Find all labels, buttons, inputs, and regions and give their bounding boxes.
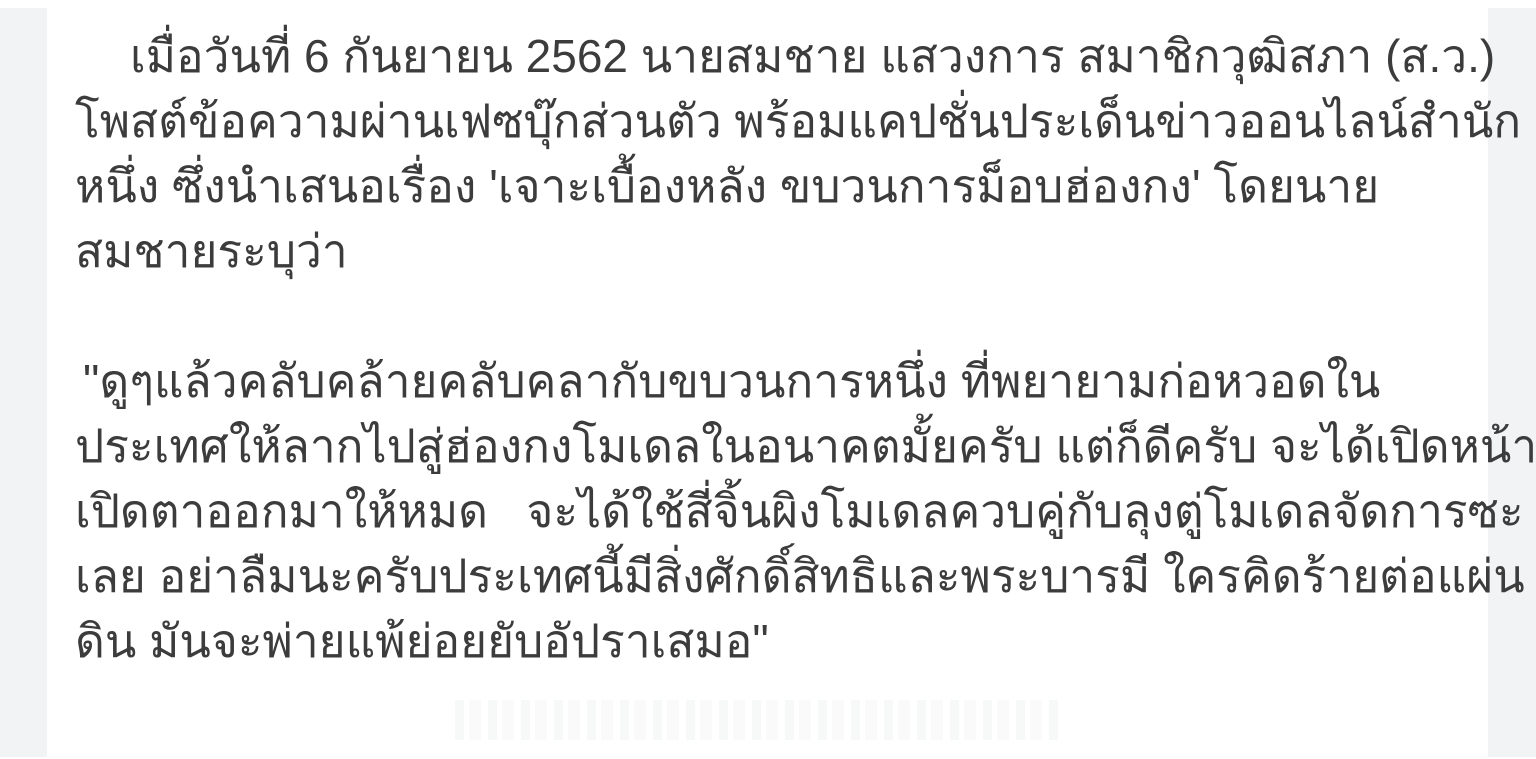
- text-line: ดิน มันจะพ่ายแพ้ย่อยยับอัปราเสมอ": [75, 609, 1465, 674]
- paragraph-intro: เมื่อวันที่ 6 กันยายน 2562 นายสมชาย แสวง…: [75, 24, 1465, 284]
- article-body: เมื่อวันที่ 6 กันยายน 2562 นายสมชาย แสวง…: [75, 24, 1465, 674]
- text-line: หนึ่ง ซึ่งนำเสนอเรื่อง 'เจาะเบื้องหลัง ข…: [75, 154, 1465, 219]
- text-line: โพสต์ข้อความผ่านเฟซบุ๊กส่วนตัว พร้อมแคปช…: [75, 89, 1465, 154]
- text-line: เมื่อวันที่ 6 กันยายน 2562 นายสมชาย แสวง…: [75, 24, 1465, 89]
- article-page: เมื่อวันที่ 6 กันยายน 2562 นายสมชาย แสวง…: [0, 0, 1536, 759]
- text-line: "ดูๆแล้วคลับคล้ายคลับคลากับขบวนการหนึ่ง …: [75, 349, 1465, 414]
- left-page-gutter: [0, 8, 47, 757]
- text-line: เลย อย่าลืมนะครับประเทศนี้มีสิ่งศักดิ์สิ…: [75, 544, 1465, 609]
- text-line: สมชายระบุว่า: [75, 219, 1465, 284]
- illegible-faint-text: [455, 700, 1060, 740]
- text-line: เปิดตาออกมาให้หมด จะได้ใช้สี่จิ้นผิงโมเด…: [75, 479, 1465, 544]
- text-line: ประเทศให้ลากไปสู่ฮ่องกงโมเดลในอนาคตมั้ยค…: [75, 414, 1465, 479]
- paragraph-quote: "ดูๆแล้วคลับคล้ายคลับคลากับขบวนการหนึ่ง …: [75, 349, 1465, 674]
